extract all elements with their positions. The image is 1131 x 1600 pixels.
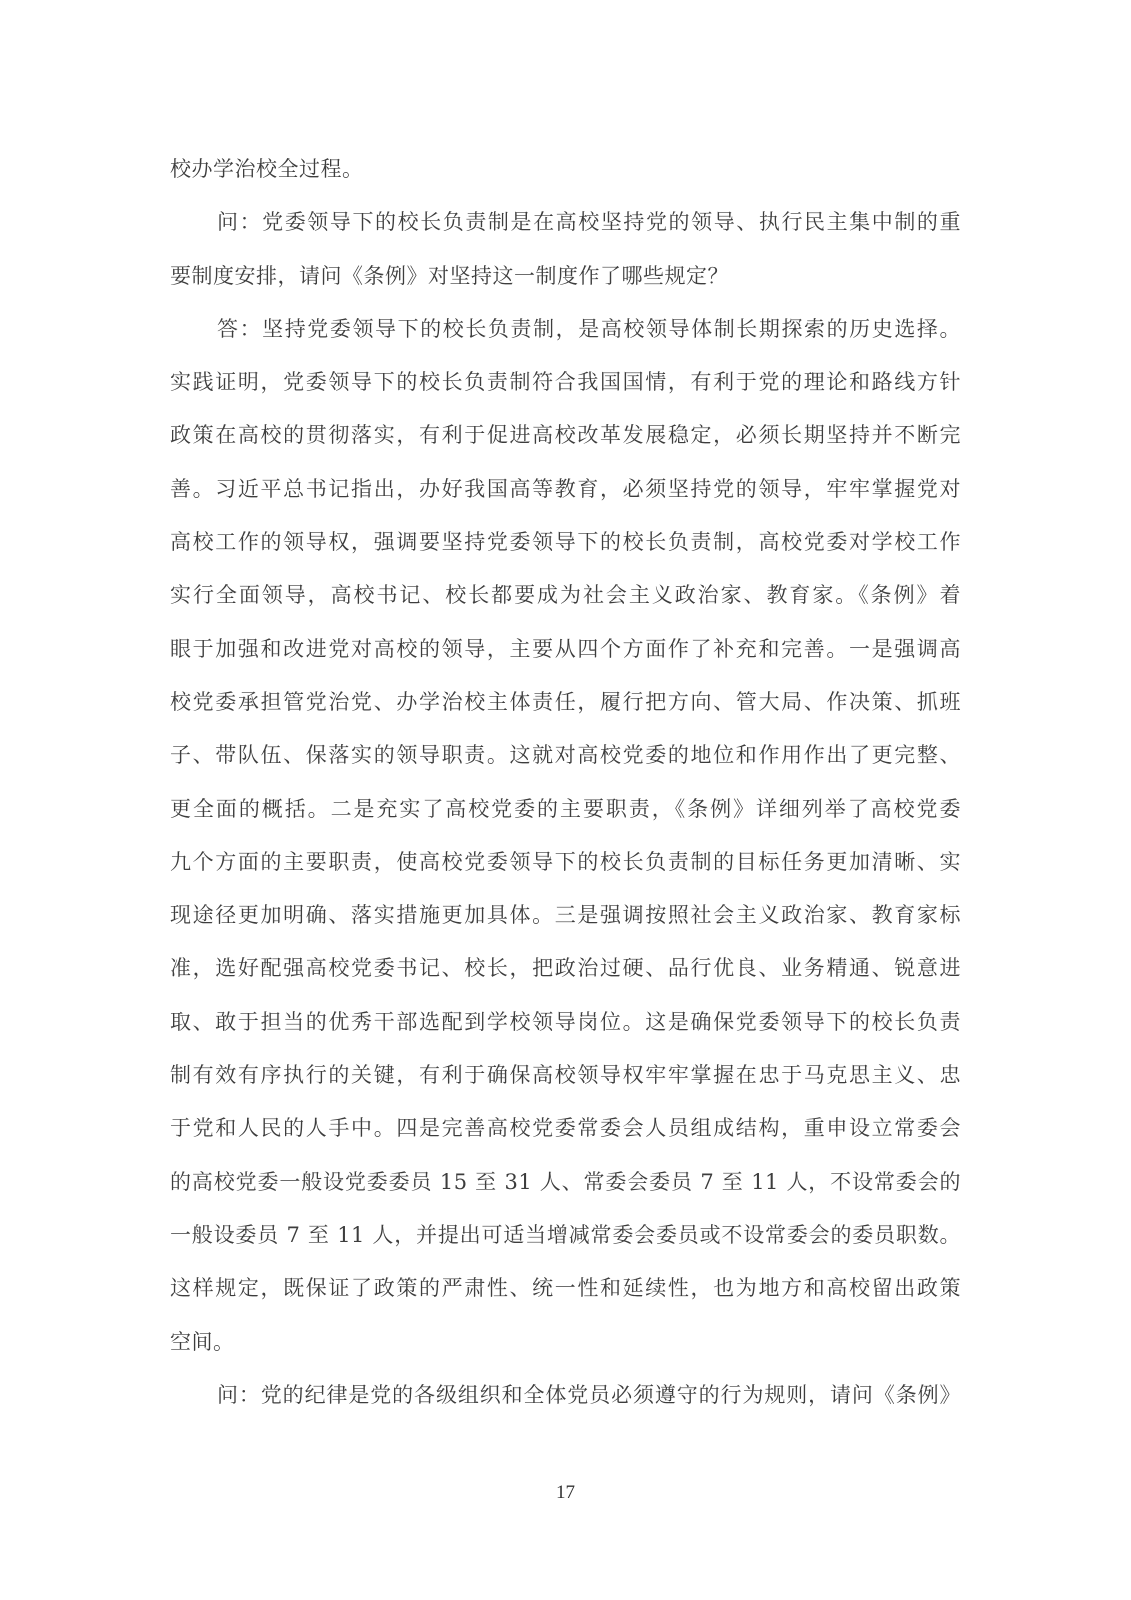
question-line: 要制度安排，请问《条例》对坚持这一制度作了哪些规定？ [170,250,961,303]
answer-line: 准，选好配强高校党委书记、校长，把政治过硬、品行优良、业务精通、锐意进 [170,942,961,995]
text-line: 校办学治校全过程。 [170,143,961,196]
answer-line: 答：坚持党委领导下的校长负责制，是高校领导体制长期探索的历史选择。 [170,303,961,356]
answer-line: 这样规定，既保证了政策的严肃性、统一性和延续性，也为地方和高校留出政策 [170,1262,961,1315]
answer-line: 子、带队伍、保落实的领导职责。这就对高校党委的地位和作用作出了更完整、 [170,729,961,782]
answer-line: 一般设委员 7 至 11 人，并提出可适当增减常委会委员或不设常委会的委员职数。 [170,1209,961,1262]
answer-line: 现途径更加明确、落实措施更加具体。三是强调按照社会主义政治家、教育家标 [170,889,961,942]
answer-line: 的高校党委一般设党委委员 15 至 31 人、常委会委员 7 至 11 人，不设… [170,1156,961,1209]
question-line: 问：党委领导下的校长负责制是在高校坚持党的领导、执行民主集中制的重 [170,196,961,249]
answer-line: 更全面的概括。二是充实了高校党委的主要职责，《条例》详细列举了高校党委 [170,783,961,836]
page-number: 17 [0,1480,1131,1506]
answer-line: 于党和人民的人手中。四是完善高校党委常委会人员组成结构，重申设立常委会 [170,1102,961,1155]
answer-line: 取、敢于担当的优秀干部选配到学校领导岗位。这是确保党委领导下的校长负责 [170,996,961,1049]
answer-line: 善。习近平总书记指出，办好我国高等教育，必须坚持党的领导，牢牢掌握党对 [170,463,961,516]
question-line: 问：党的纪律是党的各级组织和全体党员必须遵守的行为规则，请问《条例》 [170,1369,961,1422]
answer-line: 实践证明，党委领导下的校长负责制符合我国国情，有利于党的理论和路线方针 [170,356,961,409]
text-body: 校办学治校全过程。 问：党委领导下的校长负责制是在高校坚持党的领导、执行民主集中… [170,143,961,1422]
answer-line: 空间。 [170,1316,961,1369]
answer-line: 九个方面的主要职责，使高校党委领导下的校长负责制的目标任务更加清晰、实 [170,836,961,889]
answer-line: 高校工作的领导权，强调要坚持党委领导下的校长负责制，高校党委对学校工作 [170,516,961,569]
answer-line: 眼于加强和改进党对高校的领导，主要从四个方面作了补充和完善。一是强调高 [170,623,961,676]
answer-line: 政策在高校的贯彻落实，有利于促进高校改革发展稳定，必须长期坚持并不断完 [170,409,961,462]
answer-line: 校党委承担管党治党、办学治校主体责任，履行把方向、管大局、作决策、抓班 [170,676,961,729]
answer-line: 制有效有序执行的关键，有利于确保高校领导权牢牢掌握在忠于马克思主义、忠 [170,1049,961,1102]
answer-line: 实行全面领导，高校书记、校长都要成为社会主义政治家、教育家。《条例》着 [170,569,961,622]
document-page: 校办学治校全过程。 问：党委领导下的校长负责制是在高校坚持党的领导、执行民主集中… [0,0,1131,1600]
